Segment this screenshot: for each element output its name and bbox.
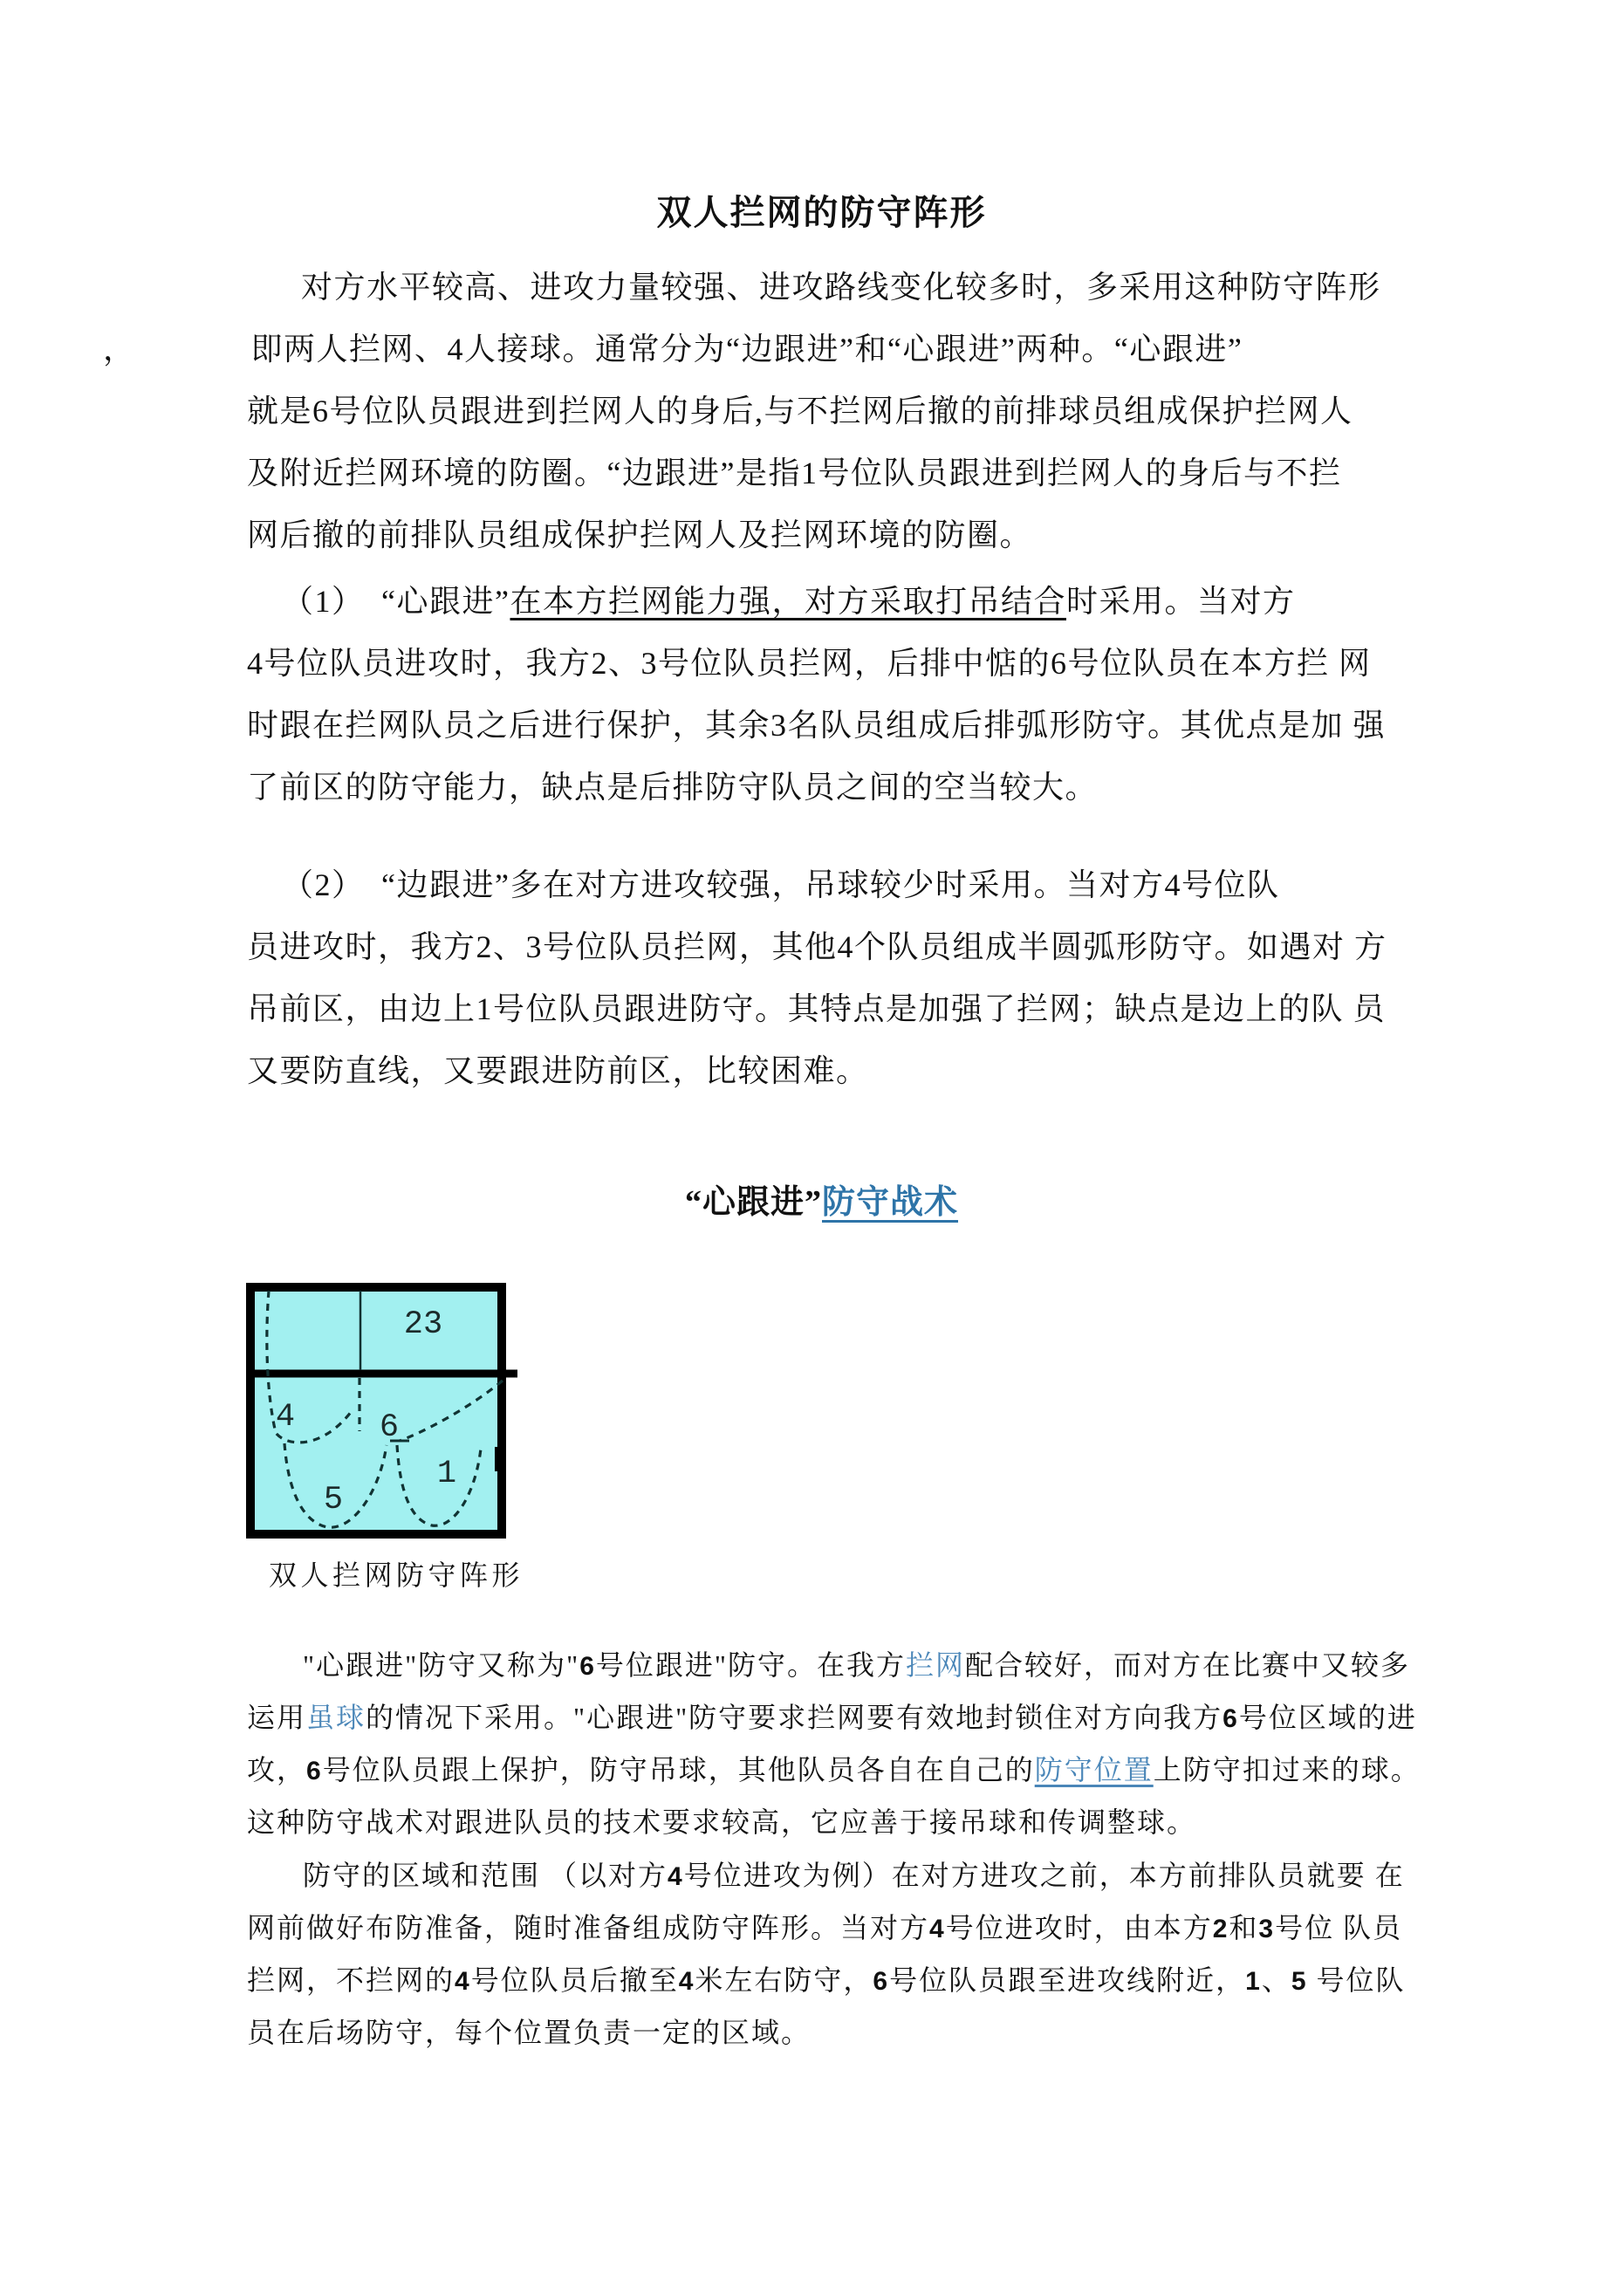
text-segment: （1） “心跟进” bbox=[282, 584, 510, 619]
text-segment: "心跟进"防守又称为" bbox=[303, 1649, 579, 1681]
text-segment: 号位区域的进 bbox=[1239, 1702, 1417, 1733]
text-segment: 员在后场防守，每个位置负责一定的区域。 bbox=[247, 2017, 811, 2048]
text-segment: 4 bbox=[455, 1967, 471, 1996]
text-segment: 网后撤的前排队员组成保护拦网人及拦网环境的防圈。 bbox=[247, 517, 1032, 552]
defense-area-paragraph: 防守的区域和范围 （以对方4号位进攻为例）在对方进攻之前，本方前排队员就要 在网… bbox=[247, 1849, 1406, 2059]
text-line: 又要防直线，又要跟进防前区，比较困难。 bbox=[247, 1040, 1387, 1102]
text-segment: 拦网，不拦网的 bbox=[247, 1964, 455, 1996]
document-page: { "title": "双人拦网的防守阵形", "heading": { "bl… bbox=[0, 0, 1623, 2296]
text-segment: 号位队 bbox=[1308, 1964, 1406, 1996]
text-segment: 1 bbox=[1245, 1967, 1262, 1996]
text-segment: （2） “边跟进”多在对方进攻较强，吊球较少时采用。当对方4号位队 bbox=[282, 867, 1279, 902]
text-segment: 4号位队员进攻时，我方2、3号位队员拦网，后排中惦的6号位队员在本方拦 网 bbox=[247, 646, 1372, 681]
text-segment: 6 bbox=[873, 1967, 889, 1996]
text-line: 员在后场防守，每个位置负责一定的区域。 bbox=[247, 2006, 1406, 2059]
text-segment: 时跟在拦网队员之后进行保护，其余3名队员组成后排弧形防守。其优点是加 强 bbox=[247, 708, 1386, 743]
text-line: 运用虽球的情况下采用。"心跟进"防守要求拦网要有效地封锁住对方向我方6号位区域的… bbox=[247, 1691, 1421, 1744]
text-segment: 米左右防守， bbox=[695, 1964, 873, 1996]
text-line: 吊前区，由边上1号位队员跟进防守。其特点是加强了拦网；缺点是边上的队 员 bbox=[247, 978, 1387, 1040]
zone-label-6: 6 bbox=[380, 1409, 399, 1446]
inline-link[interactable]: 防守位置 bbox=[1035, 1754, 1154, 1785]
text-line: 对方水平较高、进攻力量较强、进攻路线变化较多时，多采用这种防守阵形 bbox=[301, 257, 1381, 319]
text-line: 攻，6号位队员跟上保护，防守吊球，其他队员各自在自己的防守位置上防守扣过来的球。 bbox=[247, 1744, 1421, 1796]
text-line: 就是6号位队员跟进到拦网人的身后,与不拦网后撤的前排球员组成保护拦网人 bbox=[247, 380, 1381, 442]
text-segment: 攻， bbox=[247, 1754, 306, 1785]
text-segment: 号位 队员 bbox=[1275, 1912, 1402, 1943]
text-segment: 对方水平较高、进攻力量较强、进攻路线变化较多时，多采用这种防守阵形 bbox=[301, 270, 1381, 305]
text-segment: 6 bbox=[306, 1757, 323, 1785]
text-segment: 配合较好，而对方在比赛中又较多 bbox=[965, 1649, 1410, 1681]
text-segment: 号位进攻时，由本方 bbox=[946, 1912, 1213, 1943]
text-segment: 4 bbox=[929, 1915, 946, 1943]
text-line: 4号位队员进攻时，我方2、3号位队员拦网，后排中惦的6号位队员在本方拦 网 bbox=[247, 633, 1386, 695]
section-heading-text: “心跟进” bbox=[685, 1184, 822, 1221]
text-segment: 上防守扣过来的球。 bbox=[1154, 1754, 1421, 1785]
text-segment: ， 即两人拦网、4人接球。通常分为“边跟进”和“心跟进”两种。“心跟进” bbox=[103, 332, 1243, 367]
text-segment: 时采用。当对方 bbox=[1066, 584, 1296, 619]
zone-label-23: 23 bbox=[404, 1306, 442, 1343]
section-heading-link[interactable]: 防守战术 bbox=[822, 1184, 958, 1221]
text-segment: 就是6号位队员跟进到拦网人的身后,与不拦网后撤的前排球员组成保护拦网人 bbox=[247, 394, 1353, 428]
underlined-text: 在本方拦网能力强，对方采取打吊结合 bbox=[510, 584, 1066, 619]
text-line: 及附近拦网环境的防圈。“边跟进”是指1号位队员跟进到拦网人的身后与不拦 bbox=[247, 442, 1381, 504]
text-segment: 号位跟进"防守。在我方 bbox=[596, 1649, 906, 1681]
text-segment: 号位进攻为例）在对方进攻之前，本方前排队员就要 在 bbox=[684, 1860, 1405, 1891]
text-segment: 号位队员跟上保护，防守吊球，其他队员各自在自己的 bbox=[323, 1754, 1035, 1785]
text-line: 员进攻时，我方2、3号位队员拦网，其他4个队员组成半圆弧形防守。如遇对 方 bbox=[247, 916, 1387, 978]
text-segment: 号位队员跟至进攻线附近， bbox=[889, 1964, 1245, 1996]
page-title: 双人拦网的防守阵形 bbox=[247, 185, 1396, 235]
text-segment: 5 bbox=[1291, 1967, 1308, 1996]
zone-label-1: 1 bbox=[437, 1456, 456, 1492]
court-diagram: 234615 bbox=[246, 1283, 518, 1543]
text-segment: 这种防守战术对跟进队员的技术要求较高，它应善于接吊球和传调整球。 bbox=[247, 1806, 1196, 1838]
text-line: 了前区的防守能力，缺点是后排防守队员之间的空当较大。 bbox=[247, 757, 1386, 819]
text-segment: 3 bbox=[1258, 1915, 1275, 1943]
court-diagram-svg: 234615 bbox=[246, 1283, 518, 1543]
text-segment: 6 bbox=[1222, 1704, 1239, 1733]
text-segment: 的情况下采用。"心跟进"防守要求拦网要有效地封锁住对方向我方 bbox=[366, 1702, 1222, 1733]
text-line: "心跟进"防守又称为"6号位跟进"防守。在我方拦网配合较好，而对方在比赛中又较多 bbox=[303, 1639, 1421, 1691]
text-segment: 4 bbox=[668, 1862, 684, 1891]
text-segment: 2 bbox=[1213, 1915, 1229, 1943]
text-line: 防守的区域和范围 （以对方4号位进攻为例）在对方进攻之前，本方前排队员就要 在 bbox=[303, 1849, 1406, 1902]
text-line: （1） “心跟进”在本方拦网能力强，对方采取打吊结合时采用。当对方 bbox=[282, 571, 1386, 633]
text-segment: 号位队员后撤至 bbox=[471, 1964, 679, 1996]
text-line: 时跟在拦网队员之后进行保护，其余3名队员组成后排弧形防守。其优点是加 强 bbox=[247, 695, 1386, 757]
zone-label-5: 5 bbox=[324, 1482, 343, 1518]
xin-genjin-paragraph: "心跟进"防守又称为"6号位跟进"防守。在我方拦网配合较好，而对方在比赛中又较多… bbox=[247, 1639, 1421, 1848]
diagram-caption: 双人拦网防守阵形 bbox=[269, 1553, 524, 1593]
text-line: 这种防守战术对跟进队员的技术要求较高，它应善于接吊球和传调整球。 bbox=[247, 1796, 1421, 1848]
point-2-paragraph: （2） “边跟进”多在对方进攻较强，吊球较少时采用。当对方4号位队员进攻时，我方… bbox=[247, 854, 1387, 1102]
text-line: （2） “边跟进”多在对方进攻较强，吊球较少时采用。当对方4号位队 bbox=[282, 854, 1387, 916]
text-segment: 4 bbox=[679, 1967, 695, 1996]
text-segment: 和 bbox=[1229, 1912, 1258, 1943]
text-segment: 又要防直线，又要跟进防前区，比较困难。 bbox=[247, 1053, 869, 1088]
text-segment: 运用 bbox=[247, 1702, 306, 1733]
text-segment: 了前区的防守能力，缺点是后排防守队员之间的空当较大。 bbox=[247, 770, 1098, 805]
text-line: 网前做好布防准备，随时准备组成防守阵形。当对方4号位进攻时，由本方2和3号位 队… bbox=[247, 1902, 1406, 1954]
text-segment: 、 bbox=[1262, 1964, 1291, 1996]
inline-link[interactable]: 拦网 bbox=[906, 1649, 965, 1681]
text-segment: 吊前区，由边上1号位队员跟进防守。其特点是加强了拦网；缺点是边上的队 员 bbox=[247, 991, 1386, 1026]
text-line: ， 即两人拦网、4人接球。通常分为“边跟进”和“心跟进”两种。“心跟进” bbox=[103, 319, 1381, 380]
intro-paragraph: 对方水平较高、进攻力量较强、进攻路线变化较多时，多采用这种防守阵形， 即两人拦网… bbox=[247, 257, 1381, 566]
zone-label-4: 4 bbox=[276, 1399, 295, 1436]
text-line: 网后撤的前排队员组成保护拦网人及拦网环境的防圈。 bbox=[247, 504, 1381, 566]
text-segment: 防守的区域和范围 （以对方 bbox=[303, 1860, 668, 1891]
point-1-paragraph: （1） “心跟进”在本方拦网能力强，对方采取打吊结合时采用。当对方4号位队员进攻… bbox=[247, 571, 1386, 819]
text-line: 拦网，不拦网的4号位队员后撤至4米左右防守，6号位队员跟至进攻线附近，1、5 号… bbox=[247, 1954, 1406, 2006]
section-heading: “心跟进”防守战术 bbox=[247, 1175, 1396, 1223]
text-segment: 网前做好布防准备，随时准备组成防守阵形。当对方 bbox=[247, 1912, 929, 1943]
text-segment: 及附近拦网环境的防圈。“边跟进”是指1号位队员跟进到拦网人的身后与不拦 bbox=[247, 456, 1341, 490]
inline-link[interactable]: 虽球 bbox=[306, 1702, 366, 1733]
text-segment: 6 bbox=[579, 1652, 596, 1681]
text-segment: 员进攻时，我方2、3号位队员拦网，其他4个队员组成半圆弧形防守。如遇对 方 bbox=[247, 929, 1387, 964]
